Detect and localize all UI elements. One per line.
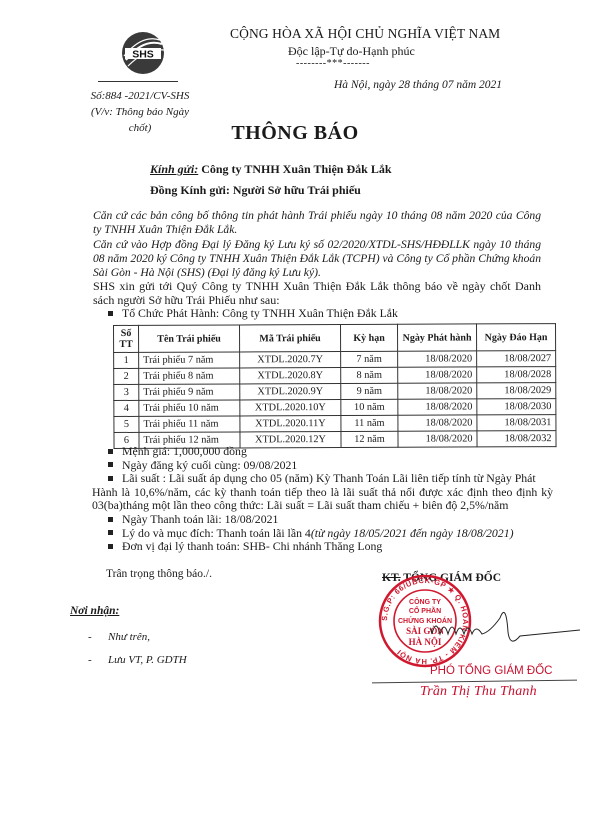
cell-no: 3 [114, 384, 139, 400]
interest-rate-text: Lãi suất : Lãi suất áp dụng cho 05 (năm)… [122, 471, 536, 485]
cell-issue-date: 18/08/2020 [398, 415, 477, 431]
cell-issue-date: 18/08/2020 [398, 351, 477, 367]
purpose-item: Lý do và mục đích: Thanh toán lãi lần 4(… [108, 527, 553, 541]
handwritten-signature-icon [430, 592, 590, 652]
deputy-title: PHÓ TỔNG GIÁM ĐỐC [430, 665, 552, 677]
col-header-code: Mã Trái phiếu [240, 325, 341, 352]
cell-no: 4 [114, 400, 139, 416]
bullet-icon [108, 449, 113, 454]
cell-issue-date: 18/08/2020 [398, 399, 477, 415]
col-header-term: Kỳ hạn [341, 324, 398, 351]
recipient-item: -Như trên, [88, 631, 150, 643]
cell-code: XTDL.2020.8Y [240, 368, 341, 384]
shs-logo: SHS [120, 30, 166, 76]
intro-paragraph: SHS xin gửi tới Quý Công ty TNHH Xuân Th… [93, 279, 541, 307]
details-list: Mệnh giá: 1,000,000 đồng Ngày đăng ký cu… [108, 445, 553, 554]
recipient-item-text: Lưu VT, P. GDTH [108, 654, 187, 666]
closing-line: Trân trọng thông báo./. [106, 568, 212, 580]
cell-no: 5 [114, 416, 139, 432]
recipient-item-text: Như trên, [108, 631, 150, 643]
bullet-icon [108, 517, 113, 522]
cell-maturity-date: 18/08/2027 [477, 351, 556, 367]
interest-rate-continuation: Hành là 10,6%/năm, các kỳ thanh toán tiế… [92, 486, 553, 513]
cell-code: XTDL.2020.10Y [240, 400, 341, 416]
cell-no: 2 [114, 368, 139, 384]
cell-term: 10 năm [341, 399, 398, 415]
signer-name: Trần Thị Thu Thanh [420, 684, 537, 700]
place-date: Hà Nội, ngày 28 tháng 07 năm 2021 [334, 79, 502, 91]
table-row: 3Trái phiếu 9 nămXTDL.2020.9Y9 năm18/08/… [114, 383, 556, 401]
interest-rate-item: Lãi suất : Lãi suất áp dụng cho 05 (năm)… [108, 472, 553, 513]
cell-maturity-date: 18/08/2029 [477, 383, 556, 399]
motto-ornament: --------***------- [296, 58, 370, 69]
par-value-text: Mệnh giá: 1,000,000 đồng [122, 444, 247, 458]
bullet-icon [108, 476, 113, 481]
logo-divider [98, 81, 178, 82]
issuer-text: Tổ Chức Phát Hành: Công ty TNHH Xuân Thi… [122, 306, 398, 320]
col-header-name: Tên Trái phiếu [139, 325, 240, 352]
cell-name: Trái phiếu 8 năm [139, 368, 240, 384]
bullet-icon [108, 462, 113, 467]
col-header-no: Số TT [114, 325, 139, 352]
recipients-heading: Nơi nhận: [70, 605, 119, 617]
cell-name: Trái phiếu 11 năm [139, 416, 240, 432]
col-header-issue-date: Ngày Phát hành [397, 324, 476, 351]
table-row: 1Trái phiếu 7 nămXTDL.2020.7Y7 năm18/08/… [114, 351, 556, 369]
recipient-value: Công ty TNHH Xuân Thiện Đắk Lắk [198, 162, 391, 176]
national-title: CỘNG HÒA XÃ HỘI CHỦ NGHĨA VIỆT NAM [230, 26, 500, 42]
paying-agent-item: Đơn vị đại lý thanh toán: SHB- Chi nhánh… [108, 540, 553, 554]
signature-divider [372, 680, 577, 684]
cell-name: Trái phiếu 10 năm [139, 400, 240, 416]
cell-maturity-date: 18/08/2030 [477, 399, 556, 415]
paying-agent-text: Đơn vị đại lý thanh toán: SHB- Chi nhánh… [122, 539, 382, 553]
basis-paragraph-1: Căn cứ các bản công bố thông tin phát hà… [93, 209, 541, 237]
par-value-item: Mệnh giá: 1,000,000 đồng [108, 445, 553, 459]
cell-term: 7 năm [341, 351, 398, 367]
basis-paragraph-2: Căn cứ vào Hợp đồng Đại lý Đăng ký Lưu k… [93, 238, 541, 280]
recipient-item: -Lưu VT, P. GDTH [88, 654, 187, 666]
cell-maturity-date: 18/08/2028 [477, 367, 556, 383]
cell-term: 11 năm [341, 415, 398, 431]
primary-recipient: Kính gửi: Công ty TNHH Xuân Thiện Đắk Lắ… [150, 162, 392, 177]
svg-text:SHS: SHS [132, 49, 154, 61]
cell-code: XTDL.2020.11Y [240, 416, 341, 432]
cell-no: 1 [114, 352, 139, 368]
payment-date-item: Ngày Thanh toán lãi: 18/08/2021 [108, 513, 553, 527]
cell-term: 8 năm [341, 367, 398, 383]
table-row: 4Trái phiếu 10 nămXTDL.2020.10Y10 năm18/… [114, 399, 556, 417]
record-date-item: Ngày đăng ký cuối cùng: 09/08/2021 [108, 459, 553, 473]
cell-maturity-date: 18/08/2031 [477, 415, 556, 431]
bonds-table: Số TT Tên Trái phiếu Mã Trái phiếu Kỳ hạ… [113, 323, 557, 449]
cc-recipient: Đồng Kính gửi: Người Sở hữu Trái phiếu [150, 183, 361, 198]
document-number: Số:884 -2021/CV-SHS [80, 88, 200, 104]
document-title: THÔNG BÁO [0, 122, 590, 145]
recipient-label: Kính gửi: [150, 162, 198, 176]
table-header-row: Số TT Tên Trái phiếu Mã Trái phiếu Kỳ hạ… [114, 324, 556, 353]
bullet-icon [108, 544, 113, 549]
table-row: 5Trái phiếu 11 nămXTDL.2020.11Y11 năm18/… [114, 415, 556, 433]
payment-date-text: Ngày Thanh toán lãi: 18/08/2021 [122, 512, 278, 526]
cell-term: 9 năm [341, 383, 398, 399]
purpose-period: (từ ngày 18/05/2021 đến ngày 18/08/2021) [311, 526, 514, 540]
bullet-icon [108, 530, 113, 535]
cell-issue-date: 18/08/2020 [398, 383, 477, 399]
cell-code: XTDL.2020.7Y [240, 352, 341, 368]
col-header-maturity-date: Ngày Đáo Hạn [476, 324, 555, 351]
cell-code: XTDL.2020.9Y [240, 384, 341, 400]
national-motto: Độc lập-Tự do-Hạnh phúc [288, 44, 415, 59]
cell-name: Trái phiếu 9 năm [139, 384, 240, 400]
table-row: 2Trái phiếu 8 nămXTDL.2020.8Y8 năm18/08/… [114, 367, 556, 385]
bullet-icon [108, 311, 113, 316]
issuer-line: Tổ Chức Phát Hành: Công ty TNHH Xuân Thi… [108, 306, 398, 321]
purpose-text: Lý do và mục đích: Thanh toán lãi lần 4 [122, 526, 311, 540]
record-date-text: Ngày đăng ký cuối cùng: 09/08/2021 [122, 458, 297, 472]
cell-name: Trái phiếu 7 năm [139, 352, 240, 368]
cell-issue-date: 18/08/2020 [398, 367, 477, 383]
